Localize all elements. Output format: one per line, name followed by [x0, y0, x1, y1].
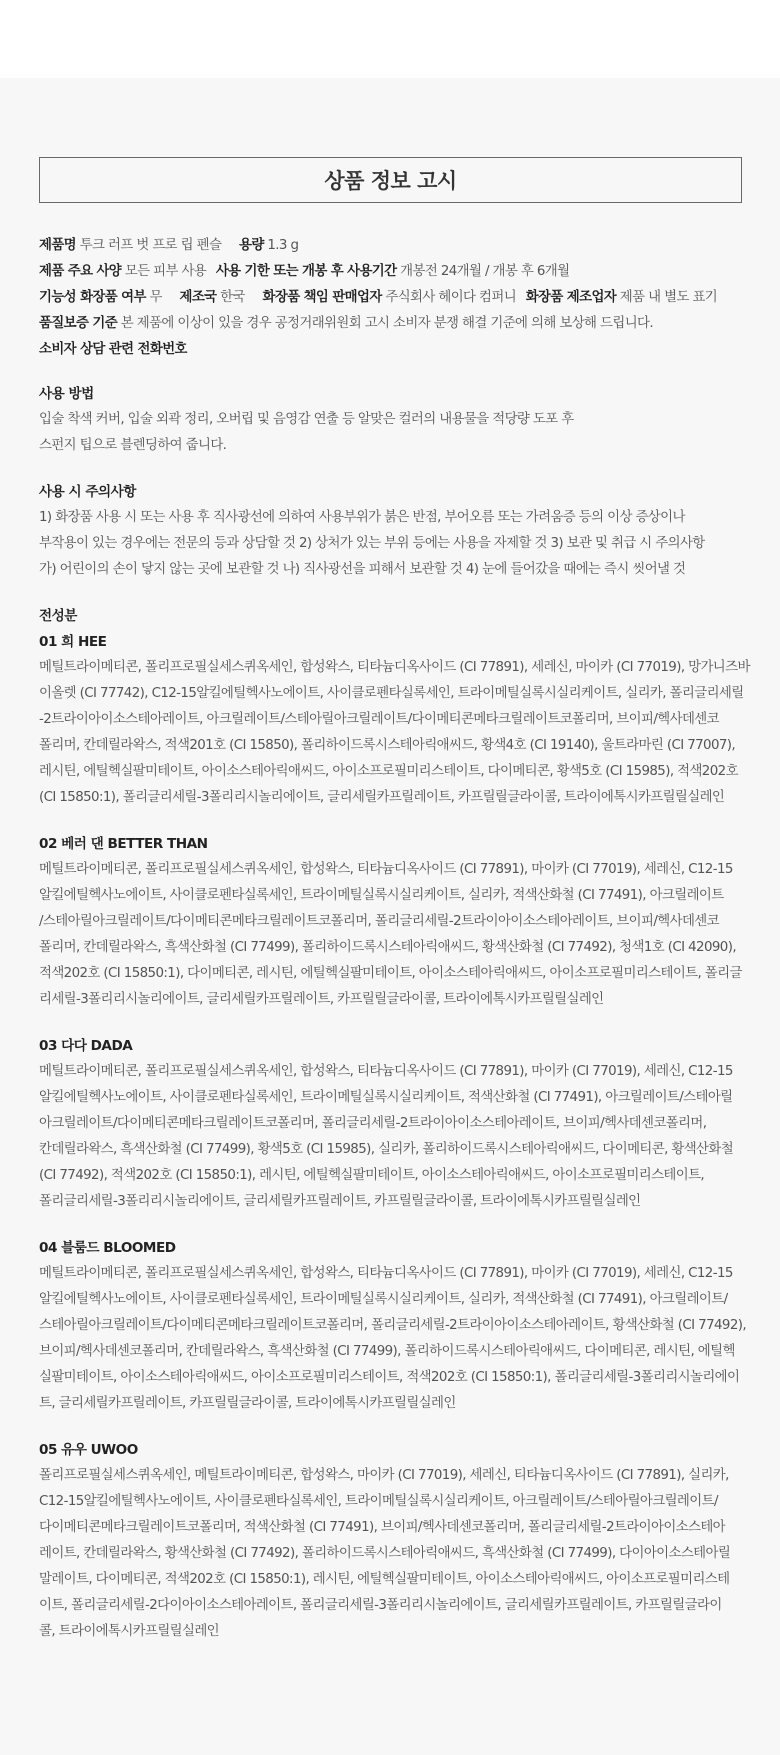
phone-label: 소비자 상담 관련 전화번호 — [39, 342, 187, 357]
ingredient-line: 브이피/헥사데센코폴리머, 칸데릴라왁스, 흑색산화철 (CI 77499), … — [39, 1339, 741, 1365]
expiry-value: 개봉전 24개월 / 개봉 후 6개월 — [400, 264, 569, 279]
ingredient-line: 스테아릴아크릴레이트/다이메티콘메타크릴레이트코폴리머, 폴리글리세릴-2트라이… — [39, 1313, 741, 1339]
volume-label: 용량 — [239, 238, 264, 253]
ingredient-line: 적색202호 (CI 15850:1), 다이메티콘, 레시틴, 에틸헥실팔미테… — [39, 961, 741, 987]
ingredient-line: 트, 글리세릴카프릴레이트, 카프릴릴글라이콜, 트라이에톡시카프릴릴실레인 — [39, 1391, 741, 1417]
title-box: 상품 정보 고시 — [39, 157, 742, 203]
ingredients-section: 전성분 01 희 HEE 메틸트라이메티콘, 폴리프로필실세스퀴옥세인, 합성왁… — [39, 603, 741, 1645]
usage-line: 입술 착색 커버, 입술 외곽 정리, 오버립 및 음영감 연출 등 알맞은 컬… — [39, 407, 741, 433]
caution-section: 사용 시 주의사항 1) 화장품 사용 시 또는 사용 후 직사광선에 의하여 … — [39, 479, 741, 583]
ingredient-line: 알킬에틸헥사노에이트, 사이클로펜타실록세인, 트라이메틸실록시실리케이트, 실… — [39, 1287, 741, 1313]
info-line-5: 소비자 상담 관련 전화번호 — [39, 337, 741, 363]
caution-line: 가) 어린이의 손이 닿지 않는 곳에 보관할 것 나) 직사광선을 피해서 보… — [39, 557, 741, 583]
shade-name: 02 베러 댄 BETTER THAN — [39, 831, 741, 857]
ingredient-line: (CI 15850:1), 폴리글리세릴-3폴리리시놀리에이트, 글리세릴카프릴… — [39, 785, 741, 811]
top-blank-band — [0, 0, 780, 78]
ingredient-line: 폴리머, 칸데릴라왁스, 흑색산화철 (CI 77499), 폴리하이드록시스테… — [39, 935, 741, 961]
ingredient-line: C12-15알킬에틸헥사노에이트, 사이클로펜타실록세인, 트라이메틸실록시실리… — [39, 1489, 741, 1515]
ingredient-line: 이트, 폴리글리세릴-2다이아이소스테아레이트, 폴리글리세릴-3폴리리시놀리에… — [39, 1593, 741, 1619]
warranty-value: 본 제품에 이상이 있을 경우 공정거래위원회 고시 소비자 분쟁 해결 기준에… — [121, 316, 653, 331]
ingredient-line: 폴리머, 칸데릴라왁스, 적색201호 (CI 15850), 폴리하이드록시스… — [39, 733, 741, 759]
ingredient-line: 레이트, 칸데릴라왁스, 황색산화철 (CI 77492), 폴리하이드록시스테… — [39, 1541, 741, 1567]
ingredient-line: 메틸트라이메티콘, 폴리프로필실세스퀴옥세인, 합성왁스, 티타늄디옥사이드 (… — [39, 655, 741, 681]
functional-label: 기능성 화장품 여부 — [39, 290, 146, 305]
ingredient-line: 레시틴, 에틸헥실팔미테이트, 아이소스테아릭애씨드, 아이소프로필미리스테이트… — [39, 759, 741, 785]
ingredient-line: 알킬에틸헥사노에이트, 사이클로펜타실록세인, 트라이메틸실록시실리케이트, 실… — [39, 883, 741, 909]
caution-line: 부작용이 있는 경우에는 전문의 등과 상담할 것 2) 상처가 있는 부위 등… — [39, 531, 741, 557]
shade-name: 01 희 HEE — [39, 629, 741, 655]
shade-name: 03 다다 DADA — [39, 1033, 741, 1059]
caution-line: 1) 화장품 사용 시 또는 사용 후 직사광선에 의하여 사용부위가 붉은 반… — [39, 505, 741, 531]
ingredient-line: 아크릴레이트/다이메티콘메타크릴레이트코폴리머, 폴리글리세릴-2트라이아이소스… — [39, 1111, 741, 1137]
warranty-label: 품질보증 기준 — [39, 316, 117, 331]
info-line-3: 기능성 화장품 여부 무 제조국 한국 화장품 책임 판매업자 주식회사 헤이다… — [39, 285, 741, 311]
ingredient-line: 콜, 트라이에톡시카프릴릴실레인 — [39, 1619, 741, 1645]
product-info: 제품명 투크 러프 벗 프로 립 펜슬 용량 1.3 g 제품 주요 사양 모든… — [39, 233, 741, 363]
page-title: 상품 정보 고시 — [324, 165, 456, 195]
usage-heading: 사용 방법 — [39, 381, 741, 407]
ingredient-line: -2트라이아이소스테아레이트, 아크릴레이트/스테아릴아크릴레이트/다이메티콘메… — [39, 707, 741, 733]
ingredient-line: 이올렛 (CI 77742), C12-15알킬에틸헥사노에이트, 사이클로펜타… — [39, 681, 741, 707]
expiry-label: 사용 기한 또는 개봉 후 사용기간 — [216, 264, 397, 279]
usage-line: 스펀지 팁으로 블렌딩하여 줍니다. — [39, 433, 741, 459]
ingredient-line: 알킬에틸헥사노에이트, 사이클로펜타실록세인, 트라이메틸실록시실리케이트, 적… — [39, 1085, 741, 1111]
manufacturer-label: 화장품 제조업자 — [526, 290, 616, 305]
shade-03-dada: 03 다다 DADA 메틸트라이메티콘, 폴리프로필실세스퀴옥세인, 합성왁스,… — [39, 1033, 741, 1215]
ingredient-line: 폴리프로필실세스퀴옥세인, 메틸트라이메티콘, 합성왁스, 마이카 (CI 77… — [39, 1463, 741, 1489]
product-notice: 상품 정보 고시 제품명 투크 러프 벗 프로 립 펜슬 용량 1.3 g 제품… — [39, 157, 741, 1645]
ingredient-line: /스테아릴아크릴레이트/다이메티콘메타크릴레이트코폴리머, 폴리글리세릴-2트라… — [39, 909, 741, 935]
ingredient-line: 폴리글리세릴-3폴리리시놀리에이트, 글리세릴카프릴레이트, 카프릴릴글라이콜,… — [39, 1189, 741, 1215]
caution-heading: 사용 시 주의사항 — [39, 479, 741, 505]
ingredient-line: (CI 77492), 적색202호 (CI 15850:1), 레시틴, 에틸… — [39, 1163, 741, 1189]
shade-04-bloomed: 04 블룸드 BLOOMED 메틸트라이메티콘, 폴리프로필실세스퀴옥세인, 합… — [39, 1235, 741, 1417]
shade-02-better-than: 02 베러 댄 BETTER THAN 메틸트라이메티콘, 폴리프로필실세스퀴옥… — [39, 831, 741, 1013]
ingredient-line: 칸데릴라왁스, 흑색산화철 (CI 77499), 황색5호 (CI 15985… — [39, 1137, 741, 1163]
seller-label: 화장품 책임 판매업자 — [263, 290, 382, 305]
ingredient-line: 다이메티콘메타크릴레이트코폴리머, 적색산화철 (CI 77491), 브이피/… — [39, 1515, 741, 1541]
ingredient-line: 메틸트라이메티콘, 폴리프로필실세스퀴옥세인, 합성왁스, 티타늄디옥사이드 (… — [39, 1261, 741, 1287]
spec-value: 모든 피부 사용 — [125, 264, 206, 279]
volume-value: 1.3 g — [267, 238, 298, 253]
manufacturer-value: 제품 내 별도 표기 — [620, 290, 717, 305]
shade-name: 04 블룸드 BLOOMED — [39, 1235, 741, 1261]
shade-05-uwoo: 05 유우 UWOO 폴리프로필실세스퀴옥세인, 메틸트라이메티콘, 합성왁스,… — [39, 1437, 741, 1645]
country-value: 한국 — [220, 290, 245, 305]
ingredient-line: 리세릴-3폴리리시놀리에이트, 글리세릴카프릴레이트, 카프릴릴글라이콜, 트라… — [39, 987, 741, 1013]
product-name-value: 투크 러프 벗 프로 립 펜슬 — [80, 238, 222, 253]
ingredient-line: 실팔미테이트, 아이소스테아릭애씨드, 아이소프로필미리스테이트, 적색202호… — [39, 1365, 741, 1391]
info-line-1: 제품명 투크 러프 벗 프로 립 펜슬 용량 1.3 g — [39, 233, 741, 259]
ingredient-line: 메틸트라이메티콘, 폴리프로필실세스퀴옥세인, 합성왁스, 티타늄디옥사이드 (… — [39, 1059, 741, 1085]
ingredients-heading: 전성분 — [39, 603, 741, 629]
seller-value: 주식회사 헤이다 컴퍼니 — [385, 290, 516, 305]
info-line-4: 품질보증 기준 본 제품에 이상이 있을 경우 공정거래위원회 고시 소비자 분… — [39, 311, 741, 337]
ingredient-line: 말레이트, 다이메티콘, 적색202호 (CI 15850:1), 레시틴, 에… — [39, 1567, 741, 1593]
info-line-2: 제품 주요 사양 모든 피부 사용 사용 기한 또는 개봉 후 사용기간 개봉전… — [39, 259, 741, 285]
country-label: 제조국 — [180, 290, 217, 305]
product-name-label: 제품명 — [39, 238, 76, 253]
shade-01-hee: 01 희 HEE 메틸트라이메티콘, 폴리프로필실세스퀴옥세인, 합성왁스, 티… — [39, 629, 741, 811]
shade-name: 05 유우 UWOO — [39, 1437, 741, 1463]
usage-section: 사용 방법 입술 착색 커버, 입술 외곽 정리, 오버립 및 음영감 연출 등… — [39, 381, 741, 459]
functional-value: 무 — [149, 290, 161, 305]
spec-label: 제품 주요 사양 — [39, 264, 121, 279]
ingredient-line: 메틸트라이메티콘, 폴리프로필실세스퀴옥세인, 합성왁스, 티타늄디옥사이드 (… — [39, 857, 741, 883]
